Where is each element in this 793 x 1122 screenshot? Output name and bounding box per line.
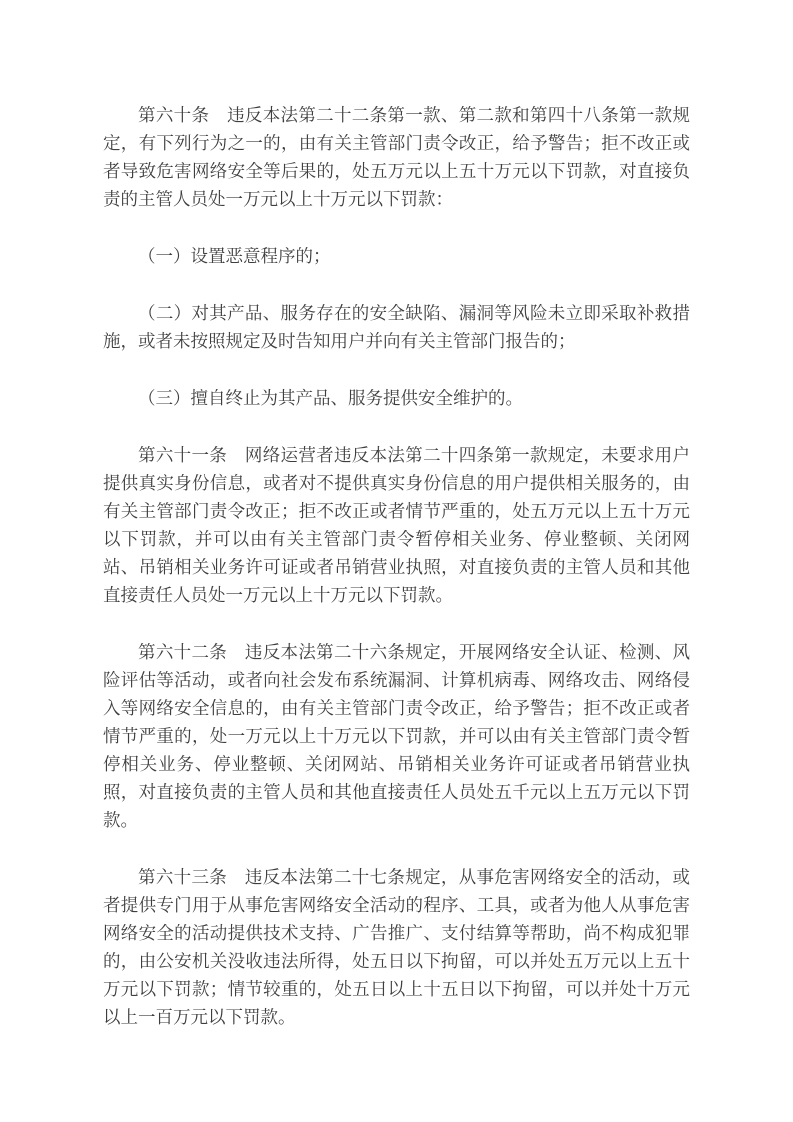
article-paragraph: 第六十三条 违反本法第二十七条规定，从事危害网络安全的活动，或者提供专门用于从事… xyxy=(103,864,690,1032)
list-item-paragraph: （二）对其产品、服务存在的安全缺陷、漏洞等风险未立即采取补救措施，或者未按照规定… xyxy=(103,300,690,356)
list-item-paragraph: （三）擅自终止为其产品、服务提供安全维护的。 xyxy=(103,385,690,413)
article-paragraph: 第六十一条 网络运营者违反本法第二十四条第一款规定，未要求用户提供真实身份信息，… xyxy=(103,442,690,610)
list-item-paragraph: （一）设置恶意程序的； xyxy=(103,243,690,271)
article-paragraph: 第六十二条 违反本法第二十六条规定，开展网络安全认证、检测、风险评估等活动，或者… xyxy=(103,639,690,835)
article-paragraph: 第六十条 违反本法第二十二条第一款、第二款和第四十八条第一款规定，有下列行为之一… xyxy=(103,102,690,214)
document-page: 第六十条 违反本法第二十二条第一款、第二款和第四十八条第一款规定，有下列行为之一… xyxy=(0,0,793,1122)
